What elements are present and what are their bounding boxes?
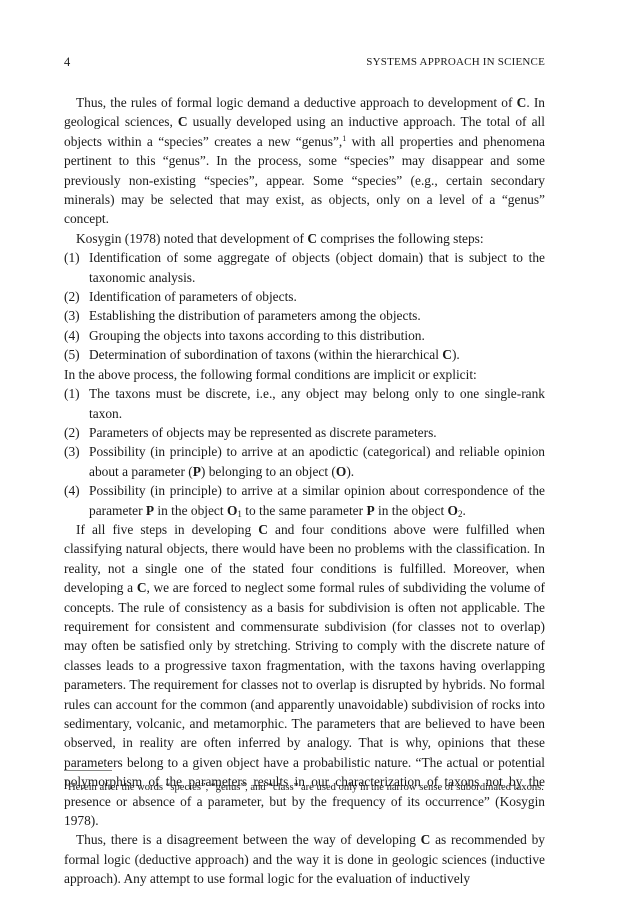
list-item: (1)Identification of some aggregate of o… (64, 248, 545, 287)
list-item: (5)Determination of subordination of tax… (64, 345, 545, 364)
steps-list: (1)Identification of some aggregate of o… (64, 248, 545, 364)
paragraph-5: Thus, there is a disagreement between th… (64, 830, 545, 888)
list-item: (2)Identification of parameters of objec… (64, 287, 545, 306)
page-header: 4 SYSTEMS APPROACH IN SCIENCE (64, 55, 545, 73)
paragraph-2: Kosygin (1978) noted that development of… (64, 229, 545, 248)
footnote: 1Herein after the words “species”, “genu… (64, 779, 545, 796)
body-text: Thus, the rules of formal logic demand a… (64, 93, 545, 889)
list-item: (1)The taxons must be discrete, i.e., an… (64, 384, 545, 423)
list-item: (4)Grouping the objects into taxons acco… (64, 326, 545, 345)
running-head: SYSTEMS APPROACH IN SCIENCE (366, 56, 545, 68)
list-item: (4)Possibility (in principle) to arrive … (64, 481, 545, 520)
footnote-text: Herein after the words “species”, “genus… (68, 782, 544, 793)
list-item: (3)Establishing the distribution of para… (64, 306, 545, 325)
list-item: (3)Possibility (in principle) to arrive … (64, 442, 545, 481)
page-number: 4 (64, 55, 70, 70)
footnote-divider (64, 770, 112, 771)
paragraph-3: In the above process, the following form… (64, 365, 545, 384)
paragraph-1: Thus, the rules of formal logic demand a… (64, 93, 545, 229)
list-item: (2)Parameters of objects may be represen… (64, 423, 545, 442)
conditions-list: (1)The taxons must be discrete, i.e., an… (64, 384, 545, 520)
